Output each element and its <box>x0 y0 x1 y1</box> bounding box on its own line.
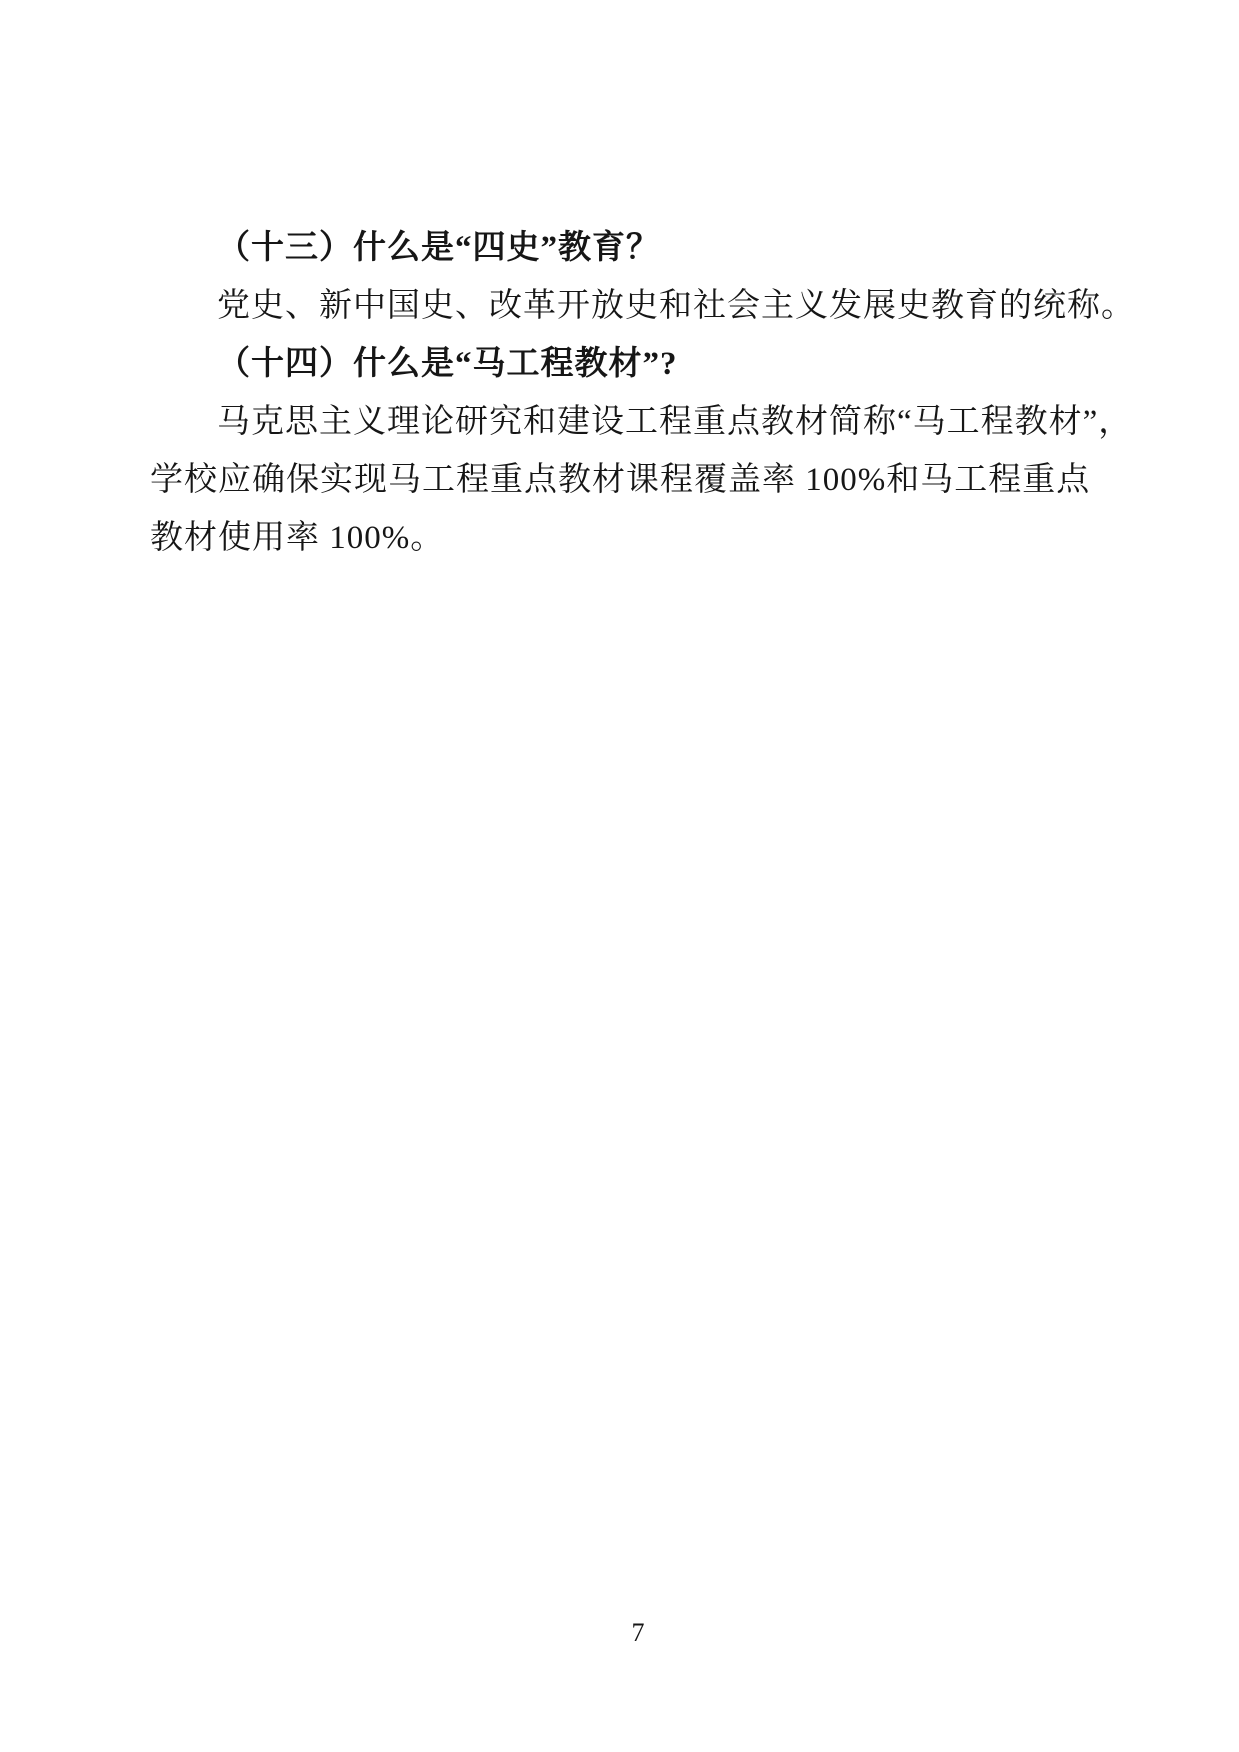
document-body: （十三）什么是“四史”教育？ 党史、新中国史、改革开放史和社会主义发展史教育的统… <box>150 219 1105 567</box>
section-14-paragraph-line-3: 教材使用率 100%。 <box>150 509 1105 567</box>
document-page: （十三）什么是“四史”教育？ 党史、新中国史、改革开放史和社会主义发展史教育的统… <box>0 0 1239 1752</box>
section-14-paragraph-line-2: 学校应确保实现马工程重点教材课程覆盖率 100%和马工程重点 <box>150 451 1105 509</box>
section-heading-13: （十三）什么是“四史”教育？ <box>150 219 1105 277</box>
section-13-paragraph-line: 党史、新中国史、改革开放史和社会主义发展史教育的统称。 <box>150 277 1105 335</box>
page-number: 7 <box>620 1615 656 1651</box>
section-heading-14: （十四）什么是“马工程教材”? <box>150 335 1105 393</box>
section-14-paragraph-line-1: 马克思主义理论研究和建设工程重点教材简称“马工程教材”， <box>150 393 1105 451</box>
